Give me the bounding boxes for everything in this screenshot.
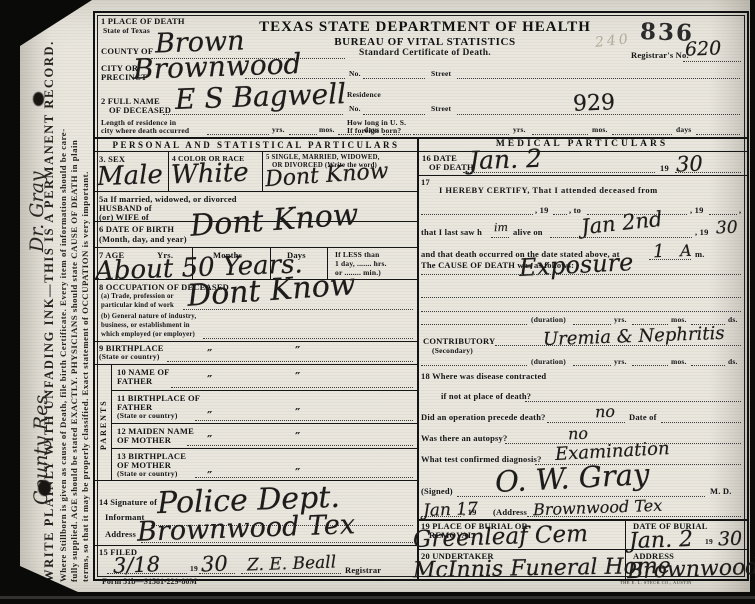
mother-name-label2: OF MOTHER [117,436,171,445]
age-less-label1: If LESS than [335,251,380,259]
duration-yrs: yrs. [614,316,627,324]
not-at-place-label: if not at place of death? [441,392,531,401]
scan-edge-streak [0,596,755,599]
operation-label: Did an operation precede death? [421,413,546,422]
us-mos-label: mos. [592,126,608,134]
rule [532,133,588,135]
margin-instruction-line2: Where Stillborn is given as cause of Dea… [58,128,68,582]
personal-particulars-band: PERSONAL AND STATISTICAL PARTICULARS [95,140,417,150]
certificate-paper: WRITE PLAINLY WITH UNFADING INK—THIS IS … [20,0,750,592]
duration2-yrs: yrs. [614,358,627,366]
lastsaw-19: , 19 [695,228,709,237]
fullname-value: E S Bagwell [174,77,346,116]
parents-vertical-label: PARENTS [99,399,108,450]
rule [421,310,741,312]
occupation-a2: particular kind of work [101,302,174,309]
secondary-label: (Secondary) [432,347,473,355]
duration2-ds: ds. [728,358,738,366]
filed-year-prefix: 19 [190,565,198,573]
duration2-label: (duration) [531,358,566,366]
father-name-ditto2: ″ [295,370,300,384]
dod-year-prefix: 19 [660,164,669,173]
column-divider [417,137,419,579]
no-label: No. [349,70,361,78]
residence-label: Residence [347,91,381,99]
cause-of-death-value: Exposure [518,248,634,282]
lastsaw-year-value: 30 [716,218,738,239]
rule [683,60,741,62]
duration-ds: ds. [728,316,738,324]
signed-label: (Signed) [421,487,453,496]
rule [709,213,737,215]
signed-19: , 19 [463,508,477,517]
rule [167,360,413,362]
registrar-no-label: Registrar's No. [631,51,689,60]
rule [95,247,417,248]
paper-corner-tear [20,566,78,592]
ink-blot [38,480,51,496]
us-days-label: days [676,126,691,134]
autopsy-value: no [568,424,589,444]
lastsaw-label: that I last saw h [421,228,482,237]
birthplace-ditto1: ″ [207,347,212,361]
rule [491,236,509,238]
duration2-mos: mos. [671,358,687,366]
state-of-texas-label: State of Texas [103,27,150,35]
rule [550,236,692,238]
rule [207,133,269,135]
form-number: Form 51b—S1581-229-80M [102,577,197,586]
rule [417,549,747,550]
contributory-value: Uremia & Nephritis [543,323,725,350]
residence-no-label: No. [349,105,361,113]
paper-corner-tear [20,0,92,46]
death-ampm-value: A [680,241,692,260]
rule [612,133,672,135]
rule [111,448,417,449]
rule [696,133,740,135]
father-birthplace-label3: (State or country) [117,412,178,420]
rule [111,390,417,391]
birthplace-ditto2: ″ [295,344,300,358]
rule [691,364,725,366]
parents-bracket-line [111,364,112,480]
pencil-notation: 240 [594,31,631,51]
certify-text: I HEREBY CERTIFY, That I attended deceas… [439,186,658,195]
race-value: White [171,158,250,191]
rule [363,113,425,115]
burial-year-prefix: 19 [705,538,713,546]
cell-divider [262,151,263,191]
rule [573,323,611,325]
m-label: m. [695,250,705,259]
us-yrs-label: yrs. [513,126,526,134]
occupation-a1: (a) Trade, profession or [101,293,174,300]
rule [632,364,668,366]
rule [661,421,741,423]
rule [95,151,747,152]
rule [95,545,417,546]
rule [187,444,413,446]
rule [421,213,533,215]
rule [417,175,747,176]
lastsaw-him-value: im [494,221,508,234]
rule [199,572,235,574]
rule [95,480,417,481]
rule [289,133,317,135]
mother-name-ditto2: ″ [295,430,300,444]
informant-address-label: Address [105,530,136,539]
father-name-ditto1: ″ [207,373,212,387]
duration-mos: mos. [671,316,687,324]
length-mos-label: mos. [319,126,335,134]
item17-number: 17 [421,178,430,187]
rule [241,572,341,574]
rule [107,572,187,574]
length-residence-label2: city where death occurred [101,127,189,135]
rule [553,213,567,215]
duration-label: (duration) [531,316,566,324]
informant-signature-label1: 14 Signature of [99,498,157,507]
rule [363,77,425,79]
disease-contracted-label: 18 Where was disease contracted [421,372,546,381]
rule [413,133,509,135]
cell-divider [168,151,169,191]
alive-on-label: alive on [513,228,543,237]
rule [171,386,413,388]
contributory-label: CONTRIBUTORY [423,337,495,346]
rule [421,323,527,325]
street-label: Street [431,70,451,78]
rule [421,296,741,298]
rule [111,423,417,424]
occupation-b2: business, or establishment in [101,322,190,329]
lastsaw-date-value: Jan 2nd [580,207,664,239]
rule [457,495,705,497]
mother-birthplace-label3: (State or country) [117,470,178,478]
rule [527,515,741,517]
length-yrs-label: yrs. [272,126,285,134]
rule [573,364,611,366]
margin-handwriting-dr-gray: Dr. Gray [26,171,48,252]
rule [457,77,740,79]
certificate-form: 1 PLACE OF DEATH State of Texas TEXAS ST… [93,11,749,581]
rule [495,344,741,346]
fullname-label2: OF DECEASED [109,106,171,115]
registrar-label: Registrar [345,566,381,575]
certify-comma: , [739,206,741,215]
rule [95,341,417,342]
certify-19a: , 19 [535,206,549,215]
rule [525,400,741,402]
certify-19b: , 19 [690,206,704,215]
father-name-label2: FATHER [117,377,152,386]
rule [163,113,343,115]
ink-blot [33,92,44,106]
sex-value: Male [96,160,163,192]
rule [141,541,413,543]
rule [195,419,413,421]
scanned-death-certificate: WRITE PLAINLY WITH UNFADING INK—THIS IS … [0,0,755,604]
rule [95,364,417,365]
rule [675,171,741,173]
margin-instruction-line3: fully supplied. AGE should be stated EXA… [69,140,79,582]
certify-to: , to [569,206,581,215]
place-of-death-label: 1 PLACE OF DEATH [101,17,185,26]
dob-label1: 6 DATE OF BIRTH [99,225,174,234]
rule [95,191,417,192]
autopsy-label: Was there an autopsy? [421,434,507,443]
rule [183,308,413,310]
howlong-us-label2: If foreign born? [347,127,401,135]
birthplace-label2: (State or country) [99,353,160,361]
rule [195,476,413,478]
title-department: TEXAS STATE DEPARTMENT OF HEALTH [235,19,615,36]
rule [203,337,413,339]
printer-credit: THE E. L. STECK CO., AUSTIN [620,580,692,585]
burial-year-value: 30 [718,528,743,551]
title-bureau: BUREAU OF VITAL STATISTICS [235,36,615,48]
date-of-operation-label: Date of [629,413,657,422]
rule [421,364,527,366]
occupation-b1: (b) General nature of industry, [101,313,196,320]
rule [421,515,461,517]
occupation-b3: which employed (or employer) [101,331,195,338]
rule [463,171,655,173]
md-label: M. D. [710,487,732,496]
margin-instruction-line4: terms, so that it may be properly classi… [80,171,90,582]
registrar-no-value: 620 [685,37,722,60]
rule [421,273,741,275]
medical-particulars-band: MEDICAL PARTICULARS [417,139,747,149]
address-paren-label: (Address [493,508,527,517]
rule [457,113,740,115]
residence-street-label: Street [431,105,451,113]
father-birthplace-ditto2: ″ [295,406,300,420]
operation-value: no [595,402,616,422]
dob-label2: (Month, day, and year) [99,235,187,244]
physician-signature: O. W. Gray [494,457,650,499]
